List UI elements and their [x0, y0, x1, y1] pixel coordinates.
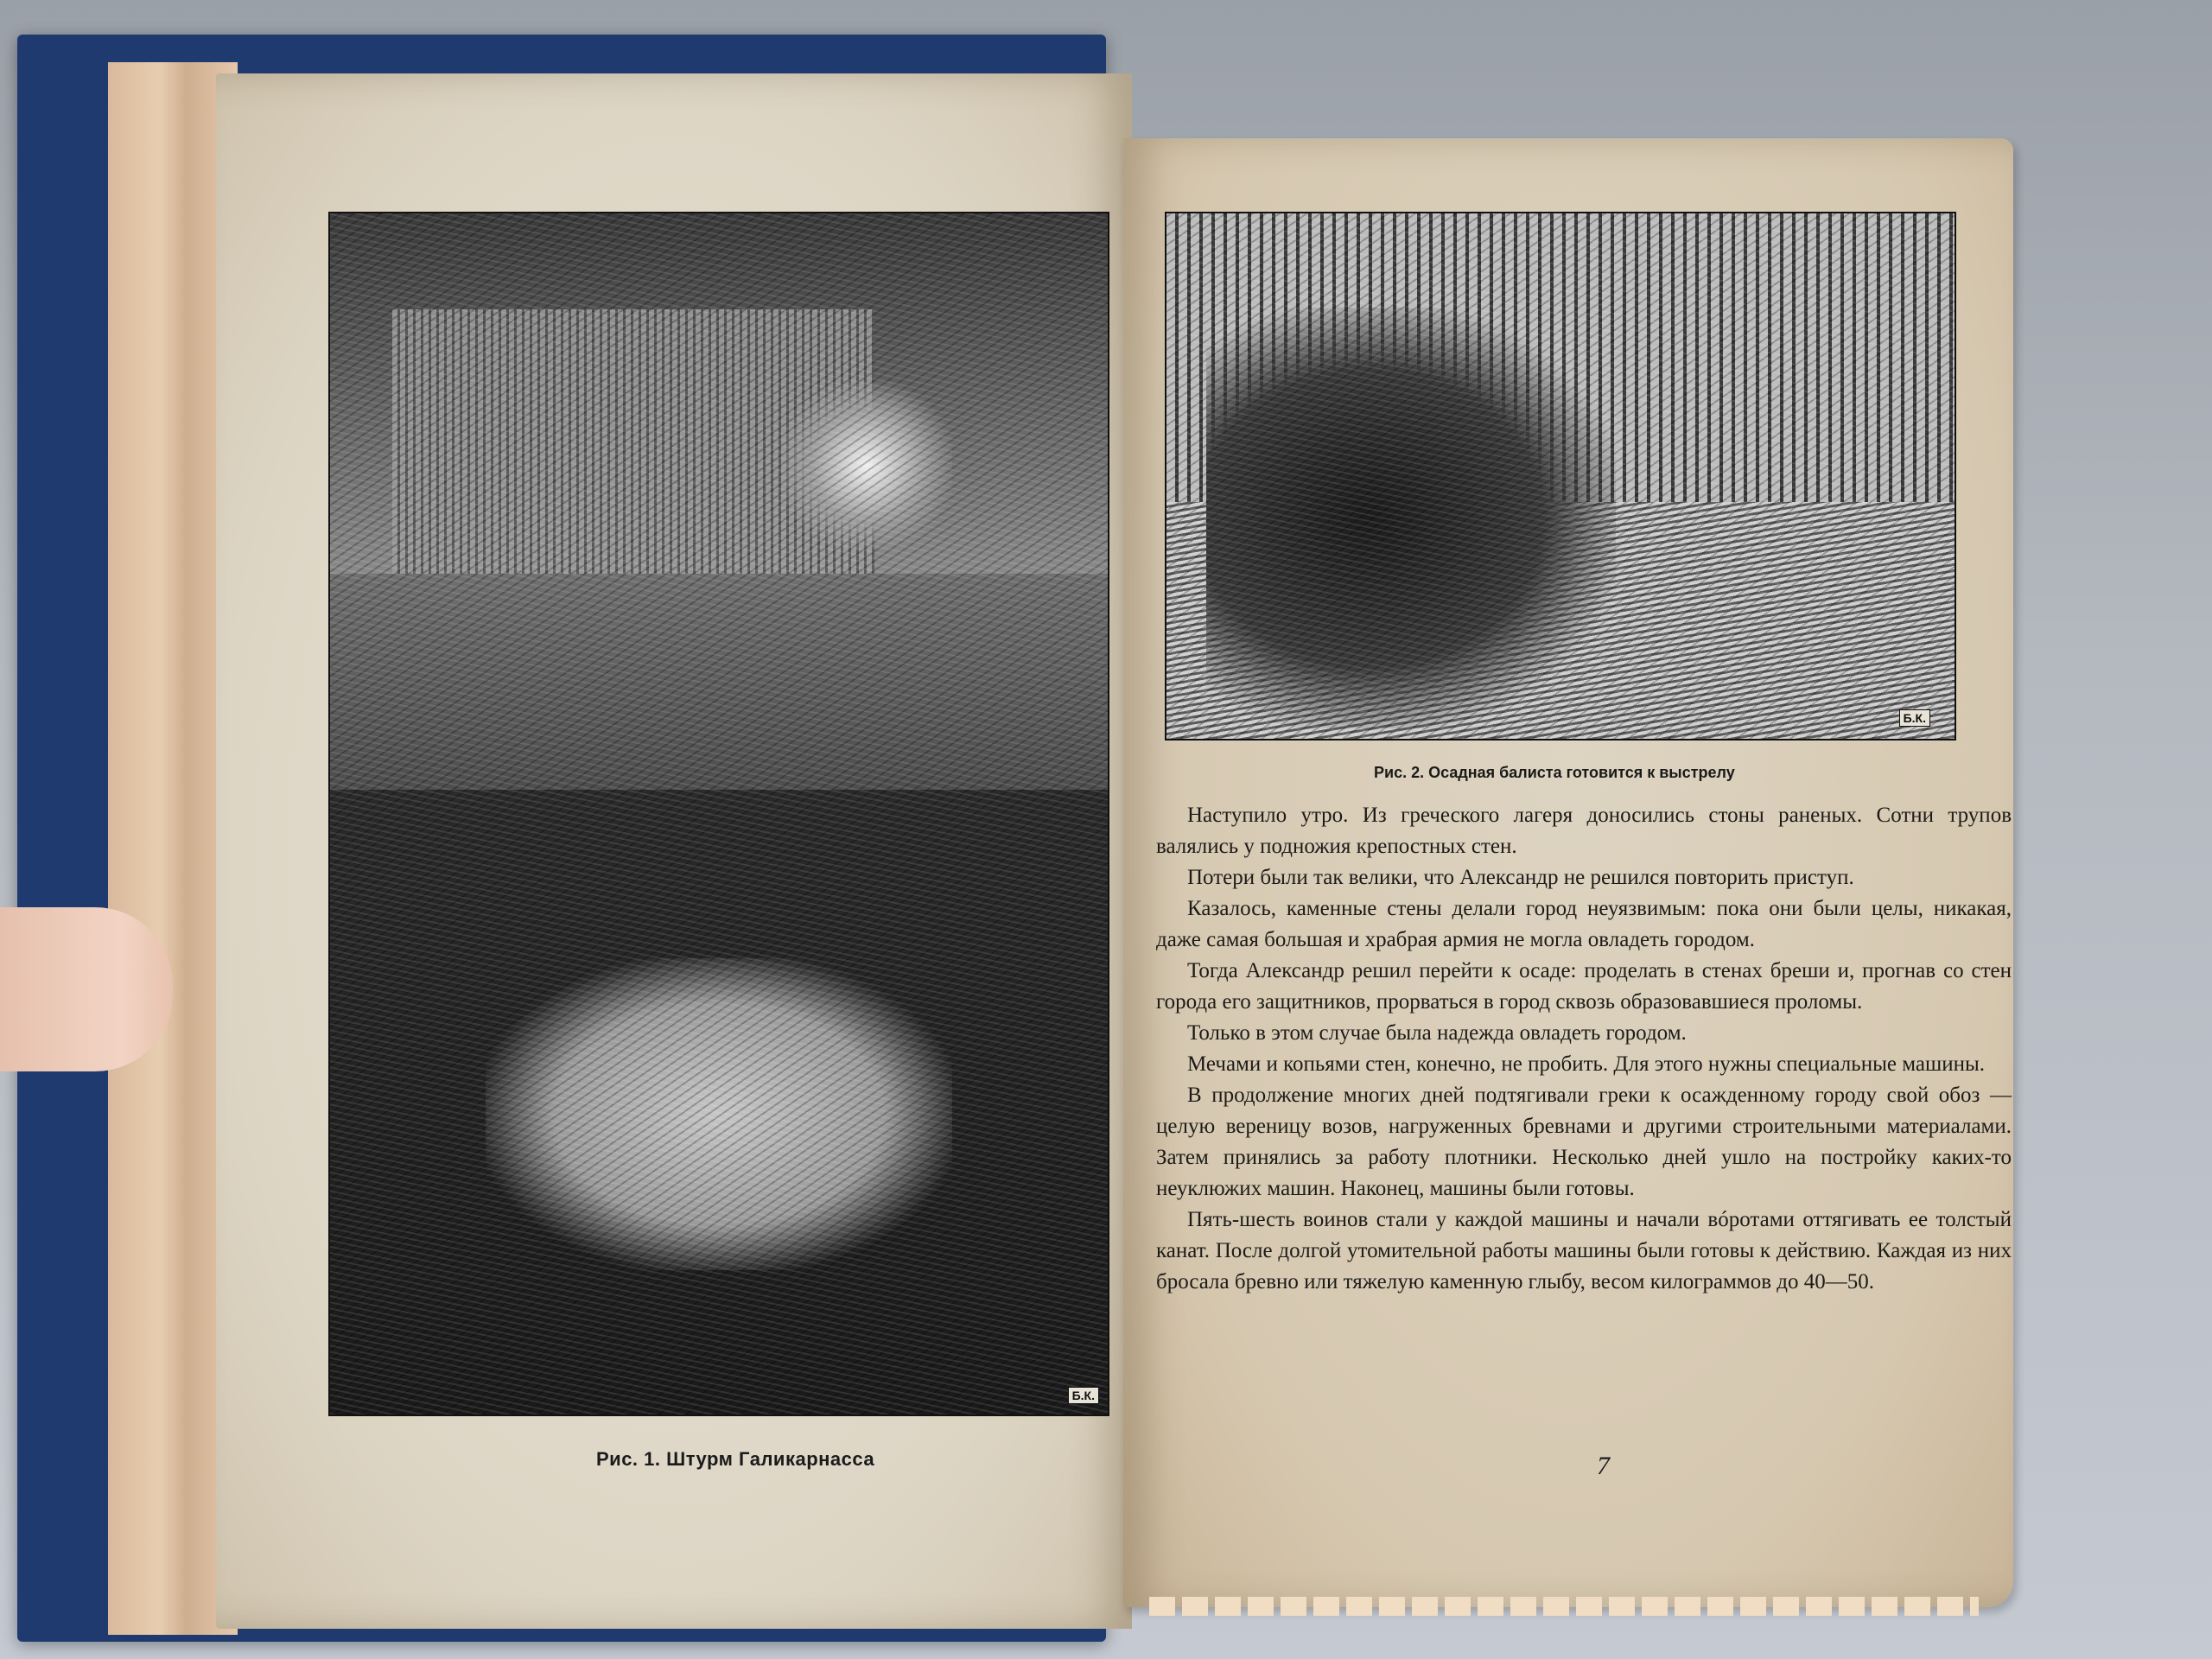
artist-signature: Б.К.	[1068, 1387, 1099, 1404]
hand	[0, 907, 173, 1071]
artist-signature: Б.К.	[1899, 709, 1930, 727]
page-number: 7	[1597, 1452, 1610, 1481]
figure-1-caption: Рис. 1. Штурм Галикарнасса	[596, 1448, 874, 1471]
paragraph: Тогда Александр решил перейти к осаде: п…	[1156, 956, 2012, 1018]
paragraph: Казалось, каменные стены делали город не…	[1156, 893, 2012, 956]
engraving-hatch	[1166, 213, 1955, 739]
page-body-text: Наступило утро. Из греческого лагеря дон…	[1156, 800, 2012, 1298]
paragraph: Потери были так велики, что Александр не…	[1156, 862, 2012, 893]
torn-page-edge	[1149, 1597, 1979, 1616]
paragraph: Только в этом случае была надежда овладе…	[1156, 1018, 2012, 1049]
figure-2-caption: Рис. 2. Осадная балиста готовится к выст…	[1374, 764, 1735, 782]
paragraph: В продолжение многих дней подтягивали гр…	[1156, 1080, 2012, 1205]
paragraph: Мечами и копьями стен, конечно, не проби…	[1156, 1049, 2012, 1080]
illustration-halicarnassus-siege: Б.К.	[328, 212, 1109, 1416]
paragraph: Пять-шесть воинов стали у каждой машины …	[1156, 1205, 2012, 1298]
paragraph: Наступило утро. Из греческого лагеря дон…	[1156, 800, 2012, 862]
engraving-hatch	[330, 213, 1108, 1414]
illustration-ballista: Б.К.	[1165, 212, 1956, 741]
